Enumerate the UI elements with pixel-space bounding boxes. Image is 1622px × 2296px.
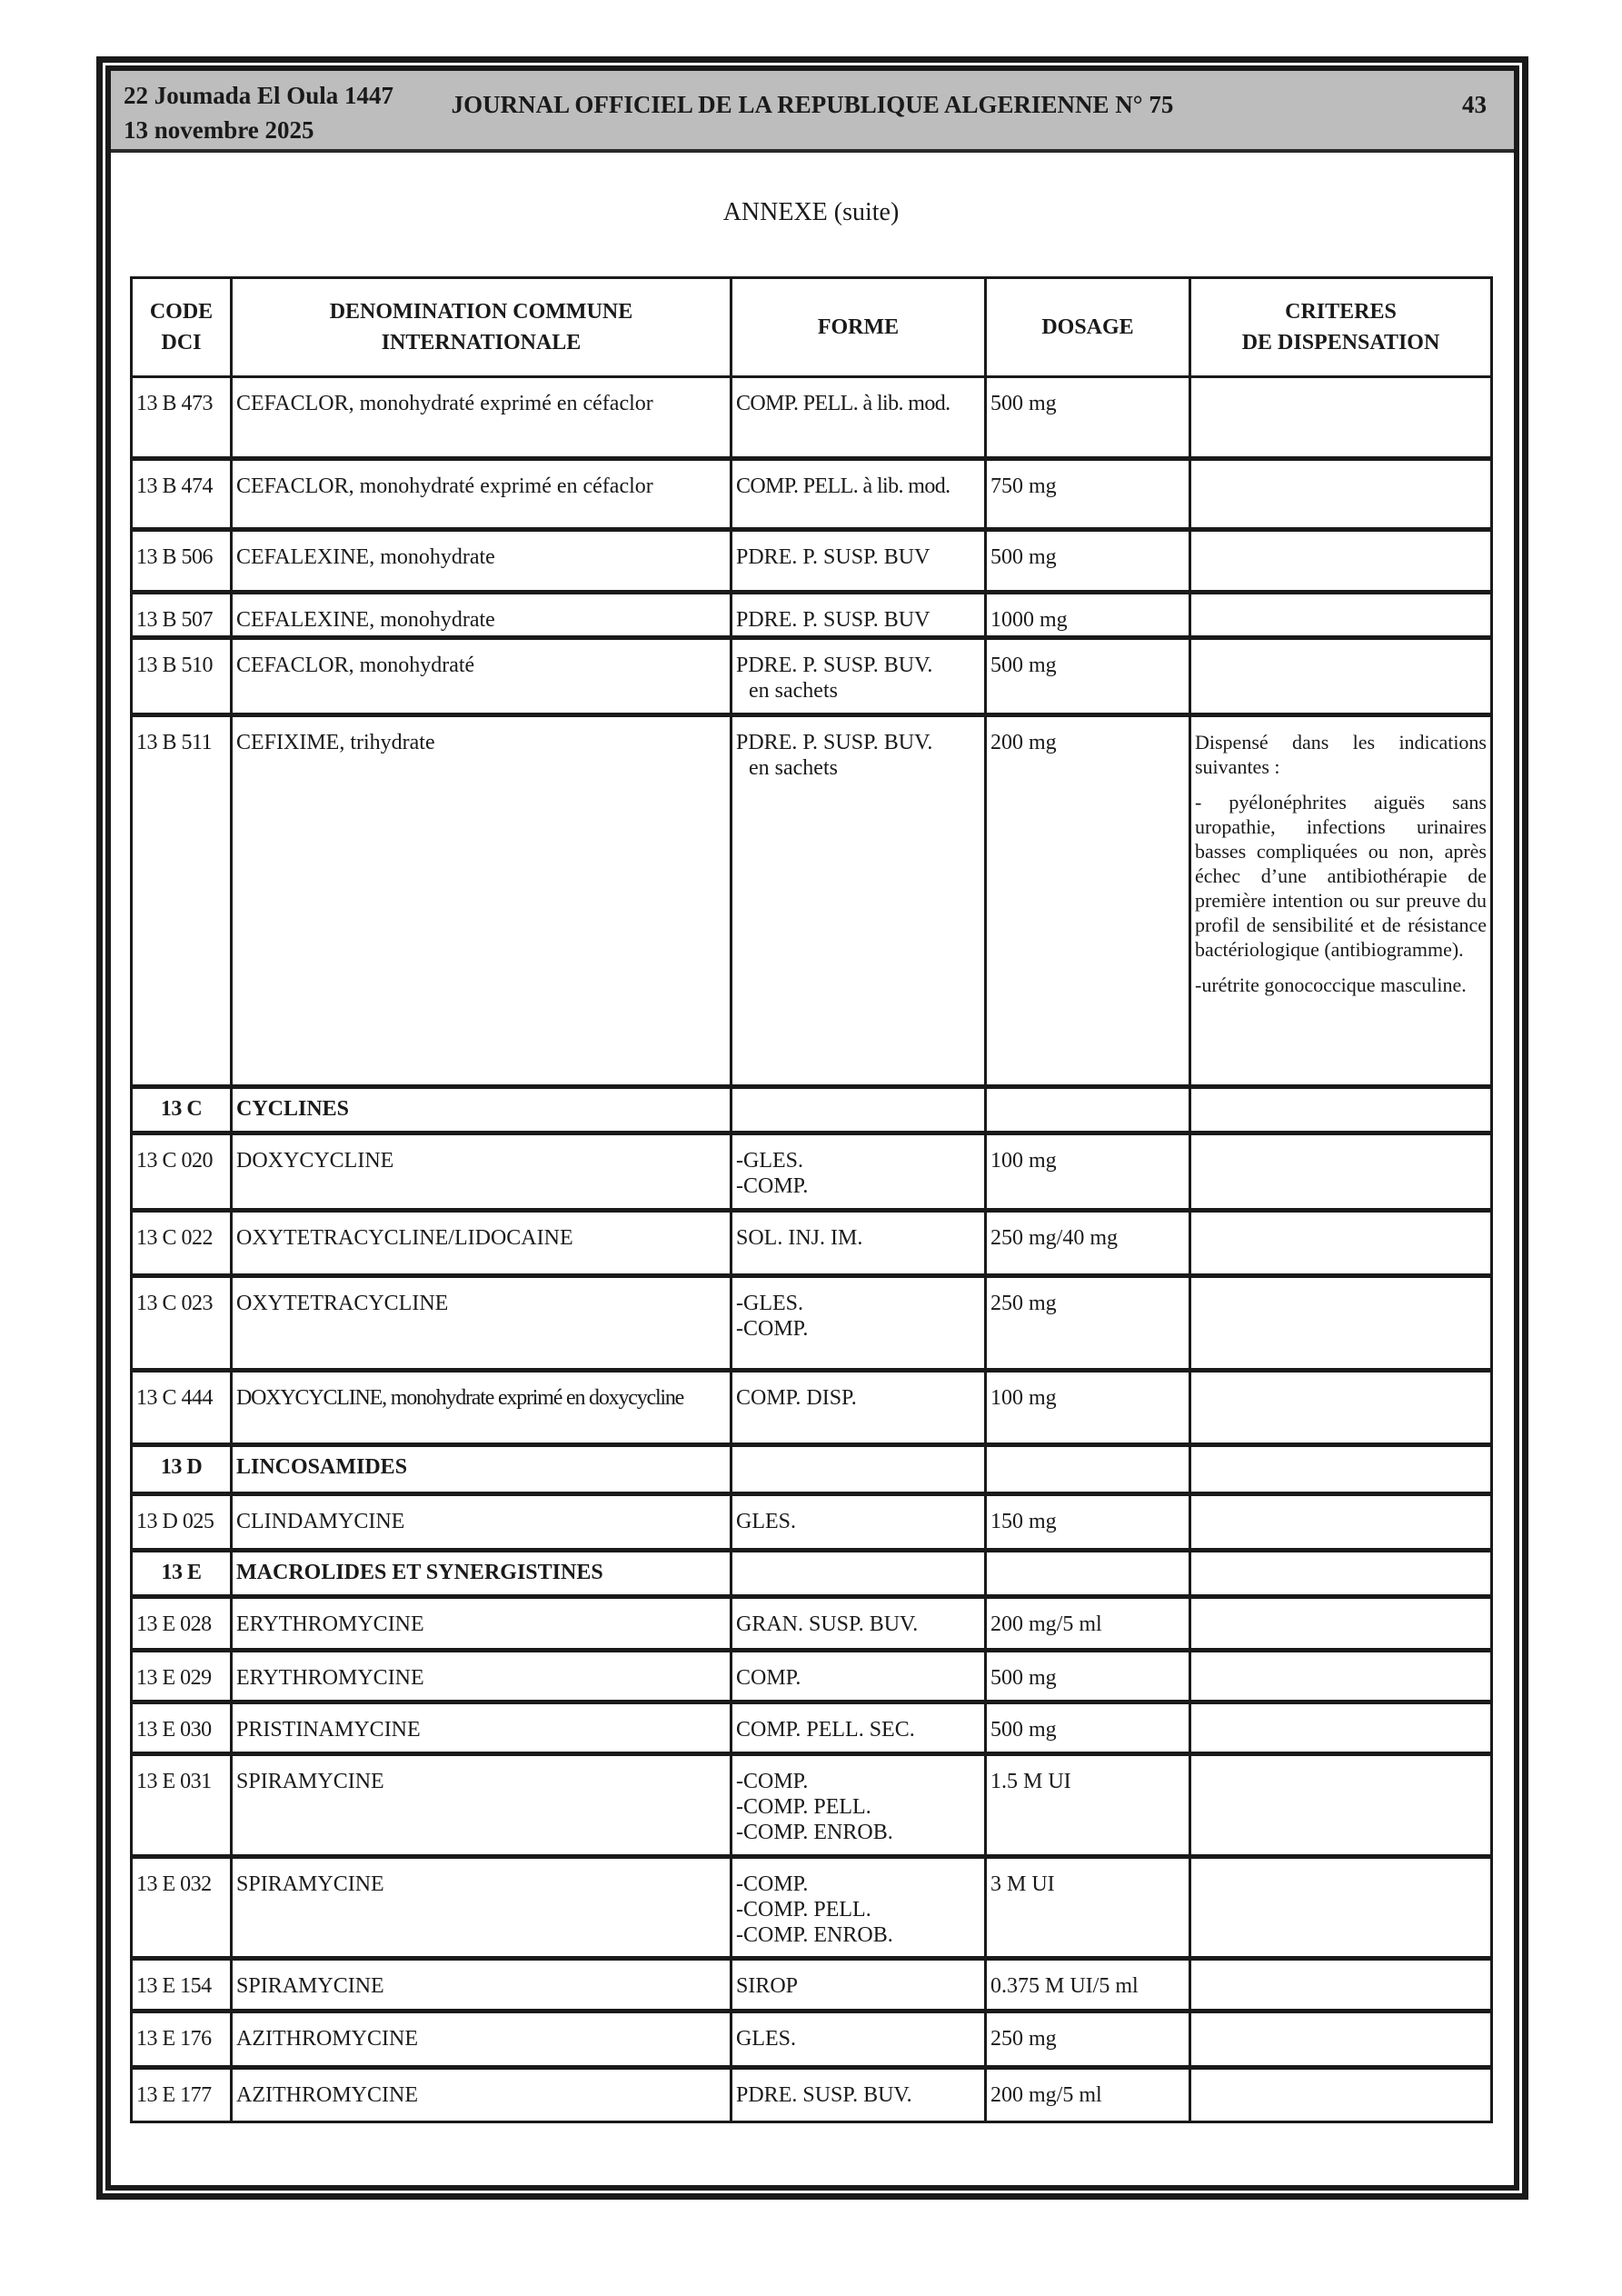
criteres-paragraph: - pyélonéphrites aiguës sans uropathie, … xyxy=(1195,790,1487,962)
col-header-dosage: DOSAGE xyxy=(986,278,1190,377)
annex-table: CODEDCI DENOMINATION COMMUNEINTERNATIONA… xyxy=(130,276,1493,2123)
col-header-forme: FORME xyxy=(731,278,986,377)
journal-header: 22 Joumada El Oula 1447 13 novembre 2025… xyxy=(111,71,1514,153)
cell-dci: OXYTETRACYCLINE xyxy=(232,1276,731,1371)
table-row: 13 E 029ERYTHROMYCINECOMP.500 mg xyxy=(132,1651,1492,1702)
cell-forme: PDRE. P. SUSP. BUV.en sachets xyxy=(731,638,986,715)
forme-line: -GLES. xyxy=(736,1291,980,1316)
forme-line: GLES. xyxy=(736,1509,980,1534)
cell-dci: DOXYCYCLINE, monohydrate exprimé en doxy… xyxy=(232,1371,731,1445)
cell-criteres xyxy=(1190,1959,1492,2011)
cell-code: 13 E 029 xyxy=(132,1651,232,1702)
forme-line: PDRE. P. SUSP. BUV. xyxy=(736,653,980,678)
cell-criteres xyxy=(1190,1754,1492,1857)
cell-criteres xyxy=(1190,1371,1492,1445)
cell-dci: SPIRAMYCINE xyxy=(232,1754,731,1857)
cell-code: 13 C 023 xyxy=(132,1276,232,1371)
cell-forme: COMP. xyxy=(731,1651,986,1702)
cell-code: 13 C 022 xyxy=(132,1211,232,1276)
cell-dosage: 250 mg xyxy=(986,1276,1190,1371)
table-row: 13 B 506CEFALEXINE, monohydratePDRE. P. … xyxy=(132,530,1492,593)
cell-forme: PDRE. SUSP. BUV. xyxy=(731,2068,986,2122)
cell-forme xyxy=(731,1445,986,1494)
cell-code: 13 E 177 xyxy=(132,2068,232,2122)
cell-forme: GRAN. SUSP. BUV. xyxy=(731,1597,986,1651)
cell-forme: PDRE. P. SUSP. BUV xyxy=(731,530,986,593)
cell-code: 13 B 511 xyxy=(132,715,232,1087)
cell-dci: CYCLINES xyxy=(232,1087,731,1133)
cell-code: 13 E 031 xyxy=(132,1754,232,1857)
cell-code: 13 D xyxy=(132,1445,232,1494)
cell-forme: COMP. PELL. à lib. mod. xyxy=(731,459,986,530)
table-row: 13 B 511CEFIXIME, trihydratePDRE. P. SUS… xyxy=(132,715,1492,1087)
cell-forme: COMP. DISP. xyxy=(731,1371,986,1445)
cell-dosage: 3 M UI xyxy=(986,1857,1190,1959)
cell-criteres xyxy=(1190,1702,1492,1754)
cell-code: 13 C 020 xyxy=(132,1133,232,1211)
table-row: 13 C 023OXYTETRACYCLINE-GLES.-COMP.250 m… xyxy=(132,1276,1492,1371)
forme-line: -COMP. PELL. xyxy=(736,1897,980,1922)
cell-dosage: 250 mg xyxy=(986,2011,1190,2068)
cell-code: 13 E xyxy=(132,1551,232,1597)
cell-code: 13 E 154 xyxy=(132,1959,232,2011)
cell-code: 13 C 444 xyxy=(132,1371,232,1445)
cell-criteres xyxy=(1190,2068,1492,2122)
cell-dci: ERYTHROMYCINE xyxy=(232,1597,731,1651)
forme-line: COMP. DISP. xyxy=(736,1385,980,1411)
forme-line: -COMP. ENROB. xyxy=(736,1922,980,1948)
cell-criteres xyxy=(1190,459,1492,530)
cell-dosage: 200 mg/5 ml xyxy=(986,1597,1190,1651)
table-row: 13 B 507CEFALEXINE, monohydratePDRE. P. … xyxy=(132,593,1492,638)
cell-dosage xyxy=(986,1445,1190,1494)
cell-dci: MACROLIDES ET SYNERGISTINES xyxy=(232,1551,731,1597)
cell-dci: ERYTHROMYCINE xyxy=(232,1651,731,1702)
cell-criteres xyxy=(1190,1651,1492,1702)
table-row: 13 C 444DOXYCYCLINE, monohydrate exprimé… xyxy=(132,1371,1492,1445)
cell-code: 13 B 506 xyxy=(132,530,232,593)
forme-line: en sachets xyxy=(736,755,980,781)
cell-dosage: 500 mg xyxy=(986,1702,1190,1754)
page-number: 43 xyxy=(1462,91,1487,119)
col-header-code: CODEDCI xyxy=(132,278,232,377)
forme-line: COMP. PELL. à lib. mod. xyxy=(736,474,980,499)
table-row: 13 E 154SPIRAMYCINESIROP0.375 M UI/5 ml xyxy=(132,1959,1492,2011)
cell-dosage: 150 mg xyxy=(986,1494,1190,1551)
forme-line: -COMP. xyxy=(736,1872,980,1897)
criteres-paragraph: Dispensé dans les indications suivantes … xyxy=(1195,730,1487,779)
cell-code: 13 E 032 xyxy=(132,1857,232,1959)
cell-criteres xyxy=(1190,1133,1492,1211)
forme-line: COMP. xyxy=(736,1665,980,1691)
cell-code: 13 C xyxy=(132,1087,232,1133)
forme-line: -COMP. xyxy=(736,1173,980,1199)
cell-dosage: 500 mg xyxy=(986,638,1190,715)
table-row: 13 E 028ERYTHROMYCINEGRAN. SUSP. BUV.200… xyxy=(132,1597,1492,1651)
section-row: 13 CCYCLINES xyxy=(132,1087,1492,1133)
cell-forme: GLES. xyxy=(731,2011,986,2068)
forme-line: PDRE. SUSP. BUV. xyxy=(736,2082,980,2108)
cell-dosage: 500 mg xyxy=(986,377,1190,459)
forme-line: -COMP. xyxy=(736,1769,980,1794)
cell-forme: SOL. INJ. IM. xyxy=(731,1211,986,1276)
table-row: 13 B 474CEFACLOR, monohydraté exprimé en… xyxy=(132,459,1492,530)
cell-code: 13 B 510 xyxy=(132,638,232,715)
table-row: 13 D 025CLINDAMYCINEGLES.150 mg xyxy=(132,1494,1492,1551)
col-header-criteres: CRITERESDE DISPENSATION xyxy=(1190,278,1492,377)
cell-criteres xyxy=(1190,1857,1492,1959)
cell-dosage: 1000 mg xyxy=(986,593,1190,638)
table-body: 13 B 473CEFACLOR, monohydraté exprimé en… xyxy=(132,377,1492,2122)
cell-forme: COMP. PELL. SEC. xyxy=(731,1702,986,1754)
cell-forme: GLES. xyxy=(731,1494,986,1551)
cell-dosage xyxy=(986,1551,1190,1597)
cell-dci: CLINDAMYCINE xyxy=(232,1494,731,1551)
cell-criteres: Dispensé dans les indications suivantes … xyxy=(1190,715,1492,1087)
table-row: 13 E 177AZITHROMYCINEPDRE. SUSP. BUV.200… xyxy=(132,2068,1492,2122)
table-row: 13 B 473CEFACLOR, monohydraté exprimé en… xyxy=(132,377,1492,459)
cell-dci: LINCOSAMIDES xyxy=(232,1445,731,1494)
cell-forme: COMP. PELL. à lib. mod. xyxy=(731,377,986,459)
journal-title: JOURNAL OFFICIEL DE LA REPUBLIQUE ALGERI… xyxy=(111,91,1514,119)
cell-dci: DOXYCYCLINE xyxy=(232,1133,731,1211)
forme-line: PDRE. P. SUSP. BUV xyxy=(736,544,980,570)
cell-dci: CEFACLOR, monohydraté xyxy=(232,638,731,715)
cell-criteres xyxy=(1190,2011,1492,2068)
cell-code: 13 E 030 xyxy=(132,1702,232,1754)
cell-dci: CEFALEXINE, monohydrate xyxy=(232,593,731,638)
cell-criteres xyxy=(1190,1276,1492,1371)
cell-dci: CEFIXIME, trihydrate xyxy=(232,715,731,1087)
annex-title: ANNEXE (suite) xyxy=(0,198,1622,227)
cell-dci: CEFACLOR, monohydraté exprimé en céfaclo… xyxy=(232,459,731,530)
cell-forme: -COMP.-COMP. PELL.-COMP. ENROB. xyxy=(731,1857,986,1959)
cell-dci: PRISTINAMYCINE xyxy=(232,1702,731,1754)
forme-line: PDRE. P. SUSP. BUV xyxy=(736,607,980,633)
cell-code: 13 B 507 xyxy=(132,593,232,638)
cell-dosage: 200 mg/5 ml xyxy=(986,2068,1190,2122)
forme-line: COMP. PELL. SEC. xyxy=(736,1717,980,1742)
forme-line: en sachets xyxy=(736,678,980,704)
cell-dosage xyxy=(986,1087,1190,1133)
cell-forme: SIROP xyxy=(731,1959,986,2011)
forme-line: -COMP. PELL. xyxy=(736,1794,980,1820)
table-row: 13 E 032SPIRAMYCINE-COMP.-COMP. PELL.-CO… xyxy=(132,1857,1492,1959)
cell-code: 13 D 025 xyxy=(132,1494,232,1551)
cell-forme: -COMP.-COMP. PELL.-COMP. ENROB. xyxy=(731,1754,986,1857)
cell-dosage: 0.375 M UI/5 ml xyxy=(986,1959,1190,2011)
col-header-dci: DENOMINATION COMMUNEINTERNATIONALE xyxy=(232,278,731,377)
forme-line: PDRE. P. SUSP. BUV. xyxy=(736,730,980,755)
forme-line: SOL. INJ. IM. xyxy=(736,1225,980,1251)
forme-line: GRAN. SUSP. BUV. xyxy=(736,1612,980,1637)
cell-code: 13 B 474 xyxy=(132,459,232,530)
criteres-paragraph: -urétrite gonococcique masculine. xyxy=(1195,973,1487,997)
cell-dosage: 100 mg xyxy=(986,1371,1190,1445)
cell-criteres xyxy=(1190,1597,1492,1651)
cell-code: 13 E 028 xyxy=(132,1597,232,1651)
cell-dci: SPIRAMYCINE xyxy=(232,1959,731,2011)
cell-forme: PDRE. P. SUSP. BUV.en sachets xyxy=(731,715,986,1087)
cell-dosage: 200 mg xyxy=(986,715,1190,1087)
cell-criteres xyxy=(1190,1087,1492,1133)
table-row: 13 C 022OXYTETRACYCLINE/LIDOCAINESOL. IN… xyxy=(132,1211,1492,1276)
cell-dci: OXYTETRACYCLINE/LIDOCAINE xyxy=(232,1211,731,1276)
cell-criteres xyxy=(1190,530,1492,593)
cell-dosage: 250 mg/40 mg xyxy=(986,1211,1190,1276)
cell-forme: -GLES.-COMP. xyxy=(731,1276,986,1371)
cell-criteres xyxy=(1190,1445,1492,1494)
cell-code: 13 B 473 xyxy=(132,377,232,459)
cell-dci: AZITHROMYCINE xyxy=(232,2011,731,2068)
table-row: 13 B 510CEFACLOR, monohydratéPDRE. P. SU… xyxy=(132,638,1492,715)
table-row: 13 C 020DOXYCYCLINE-GLES.-COMP.100 mg xyxy=(132,1133,1492,1211)
cell-forme: -GLES.-COMP. xyxy=(731,1133,986,1211)
cell-criteres xyxy=(1190,377,1492,459)
cell-dosage: 500 mg xyxy=(986,1651,1190,1702)
cell-criteres xyxy=(1190,1494,1492,1551)
cell-dosage: 1.5 M UI xyxy=(986,1754,1190,1857)
table-header-row: CODEDCI DENOMINATION COMMUNEINTERNATIONA… xyxy=(132,278,1492,377)
cell-dci: SPIRAMYCINE xyxy=(232,1857,731,1959)
forme-line: SIROP xyxy=(736,1973,980,1999)
forme-line: -COMP. ENROB. xyxy=(736,1820,980,1845)
cell-criteres xyxy=(1190,638,1492,715)
table-row: 13 E 176AZITHROMYCINEGLES.250 mg xyxy=(132,2011,1492,2068)
cell-forme: PDRE. P. SUSP. BUV xyxy=(731,593,986,638)
section-row: 13 EMACROLIDES ET SYNERGISTINES xyxy=(132,1551,1492,1597)
cell-criteres xyxy=(1190,593,1492,638)
cell-code: 13 E 176 xyxy=(132,2011,232,2068)
cell-dosage: 100 mg xyxy=(986,1133,1190,1211)
forme-line: COMP. PELL. à lib. mod. xyxy=(736,391,980,416)
forme-line: GLES. xyxy=(736,2026,980,2051)
cell-forme xyxy=(731,1551,986,1597)
section-row: 13 DLINCOSAMIDES xyxy=(132,1445,1492,1494)
cell-dci: CEFALEXINE, monohydrate xyxy=(232,530,731,593)
table-row: 13 E 030PRISTINAMYCINECOMP. PELL. SEC.50… xyxy=(132,1702,1492,1754)
cell-dci: CEFACLOR, monohydraté exprimé en céfaclo… xyxy=(232,377,731,459)
cell-dosage: 750 mg xyxy=(986,459,1190,530)
table-row: 13 E 031SPIRAMYCINE-COMP.-COMP. PELL.-CO… xyxy=(132,1754,1492,1857)
forme-line: -GLES. xyxy=(736,1148,980,1173)
cell-criteres xyxy=(1190,1211,1492,1276)
forme-line: -COMP. xyxy=(736,1316,980,1342)
cell-dosage: 500 mg xyxy=(986,530,1190,593)
cell-forme xyxy=(731,1087,986,1133)
cell-dci: AZITHROMYCINE xyxy=(232,2068,731,2122)
cell-criteres xyxy=(1190,1551,1492,1597)
